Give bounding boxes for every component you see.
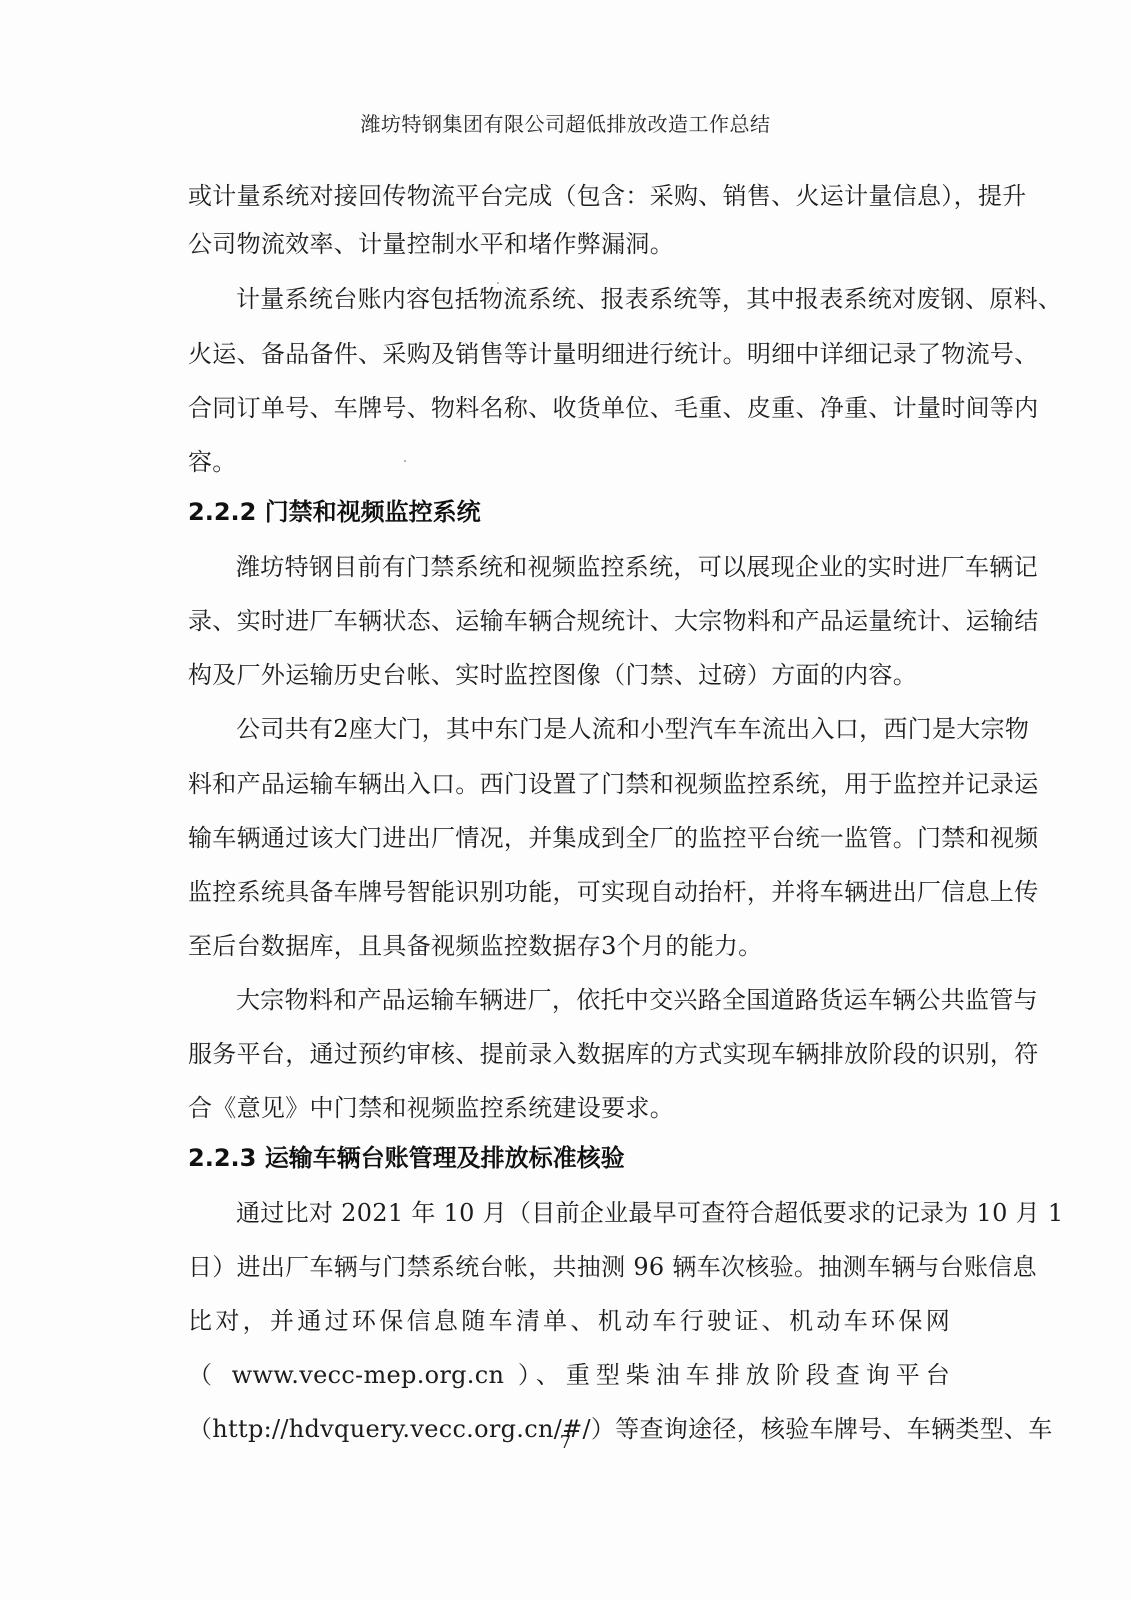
intro-line-1: 或计量系统对接回传物流平台完成（包含：采购、销售、火运计量信息），提升 xyxy=(188,180,950,212)
document-page: 潍坊特钢集团有限公司超低排放改造工作总结 或计量系统对接回传物流平台完成（包含：… xyxy=(0,0,1131,1600)
s222-p1-line-2: 录、实时进厂车辆状态、运输车辆合规统计、大宗物料和产品运量统计、运输结 xyxy=(188,605,950,637)
scan-speck xyxy=(404,460,406,462)
s223-p1-line-1: 通过比对 2021 年 10 月（目前企业最早可查符合超低要求的记录为 10 月… xyxy=(188,1197,950,1229)
s222-p3-line-3: 合《意见》中门禁和视频监控系统建设要求。 xyxy=(188,1092,950,1124)
s222-p2-line-1: 公司共有2座大门，其中东门是人流和小型汽车车流出入口，西门是大宗物 xyxy=(188,713,950,745)
s222-p1-line-1: 潍坊特钢目前有门禁系统和视频监控系统，可以展现企业的实时进厂车辆记 xyxy=(188,551,950,583)
section-heading-2-2-2: 2.2.2 门禁和视频监控系统 xyxy=(188,496,481,528)
s223-p1-line-3: 比对，并通过环保信息随车清单、机动车行驶证、机动车环保网 xyxy=(188,1305,950,1337)
page-number: 7 xyxy=(0,1432,1131,1453)
s222-p2-line-4: 监控系统具备车牌号智能识别功能，可实现自动抬杆，并将车辆进出厂信息上传 xyxy=(188,876,950,908)
s222-p2-line-2: 料和产品运输车辆出入口。西门设置了门禁和视频监控系统，用于监控并记录运 xyxy=(188,768,950,800)
s222-p3-line-2: 服务平台，通过预约审核、提前录入数据库的方式实现车辆排放阶段的识别，符 xyxy=(188,1038,950,1070)
s222-p2-line-3: 输车辆通过该大门进出厂情况，并集成到全厂的监控平台统一监管。门禁和视频 xyxy=(188,822,950,854)
ledger-line-3: 合同订单号、车牌号、物料名称、收货单位、毛重、皮重、净重、计量时间等内 xyxy=(188,392,950,424)
scan-speck xyxy=(985,1417,987,1419)
s222-p1-line-3: 构及厂外运输历史台帐、实时监控图像（门禁、过磅）方面的内容。 xyxy=(188,659,950,691)
scan-speck xyxy=(497,282,499,284)
s222-p3-line-1: 大宗物料和产品运输车辆进厂，依托中交兴路全国道路货运车辆公共监管与 xyxy=(188,984,950,1016)
s223-p1-line-2: 日）进出厂车辆与门禁系统台帐，共抽测 96 辆车次核验。抽测车辆与台账信息 xyxy=(188,1251,950,1283)
intro-line-2: 公司物流效率、计量控制水平和堵作弊漏洞。 xyxy=(188,228,950,260)
s222-p2-line-5: 至后台数据库，且具备视频监控数据存3个月的能力。 xyxy=(188,930,950,962)
s223-p1-line-4: （ www.vecc-mep.org.cn ）、重型柴油车排放阶段查询平台 xyxy=(188,1359,950,1391)
ledger-line-2: 火运、备品备件、采购及销售等计量明细进行统计。明细中详细记录了物流号、 xyxy=(188,338,950,370)
ledger-line-1: 计量系统台账内容包括物流系统、报表系统等，其中报表系统对废钢、原料、 xyxy=(188,283,950,315)
running-header: 潍坊特钢集团有限公司超低排放改造工作总结 xyxy=(0,108,1131,137)
section-heading-2-2-3: 2.2.3 运输车辆台账管理及排放标准核验 xyxy=(188,1142,625,1174)
ledger-line-4: 容。 xyxy=(188,446,950,478)
